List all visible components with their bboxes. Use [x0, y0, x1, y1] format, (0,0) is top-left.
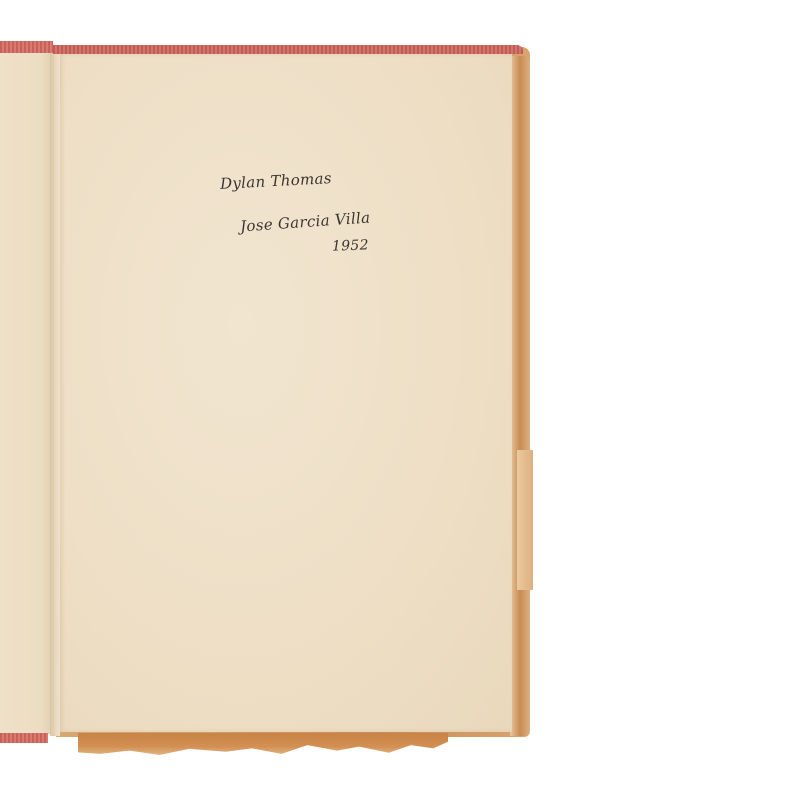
book-photo: Dylan Thomas Jose Garcia Villa 1952: [0, 0, 800, 800]
pastedown-strip: [0, 52, 52, 734]
red-cloth-binding-top-left: [0, 41, 53, 53]
torn-bottom-edge: [78, 733, 448, 755]
inscription-year: 1952: [332, 237, 369, 254]
loose-page-tab: [517, 450, 533, 590]
red-cloth-binding-bottom: [0, 733, 48, 743]
fore-edge: [510, 56, 530, 736]
flyleaf-page: [60, 54, 512, 732]
gutter: [50, 52, 60, 736]
red-cloth-binding-top: [53, 45, 523, 54]
